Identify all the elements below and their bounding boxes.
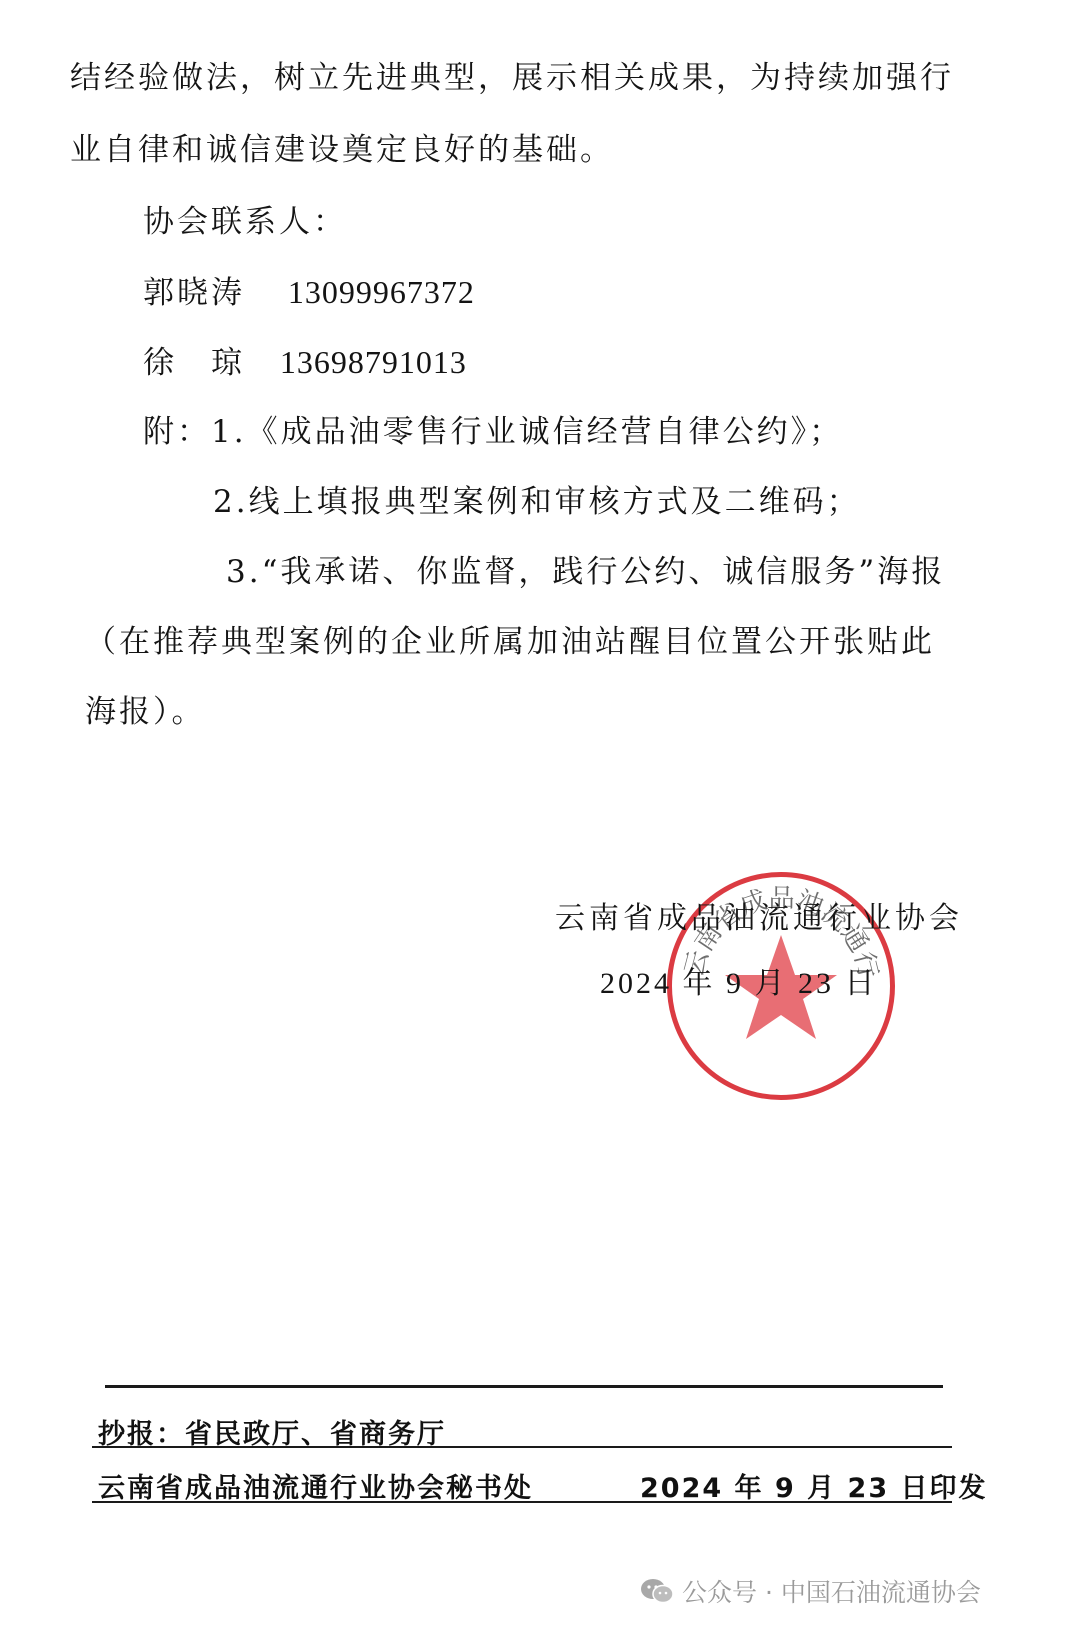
contact-phone: 13099967372 [288,274,475,310]
contacts-label: 协会联系人： [143,202,347,242]
attachment-3-note-end: 海报）。 [85,692,206,732]
attachment-3: 3.“我承诺、你监督，践行公约、诚信服务”海报 [226,552,945,592]
issuer: 云南省成品油流通行业协会秘书处 [98,1466,533,1505]
issue-date: 2024 年 9 月 23 日印发 [640,1466,988,1505]
issuer-rule [92,1501,952,1503]
contact-name: 徐 琼 [143,345,245,381]
contact-name: 郭晓涛 [143,275,245,311]
signature-organization: 云南省成品油流通行业协会 [555,893,963,937]
contact-row: 徐 琼 13698791013 [143,342,467,383]
footer-top-rule [105,1385,943,1388]
attachment-3-note: （在推荐典型案例的企业所属加油站醒目位置公开张贴此 [85,622,935,662]
attachment-1: 附：1.《成品油零售行业诚信经营自律公约》； [143,412,843,452]
paragraph-line-2: 业自律和诚信建设奠定良好的基础。 [70,130,614,170]
cc-rule [92,1446,952,1448]
contact-phone: 13698791013 [280,344,467,380]
paragraph-line-1: 结经验做法，树立先进典型，展示相关成果，为持续加强行 [70,58,954,98]
watermark: 公众号 · 中国石油流通协会 [640,1573,981,1609]
watermark-text: 公众号 · 中国石油流通协会 [682,1573,981,1609]
contact-row: 郭晓涛 13099967372 [143,272,475,313]
signature-date: 2024 年 9 月 23 日 [600,958,878,1002]
wechat-icon [640,1577,674,1605]
attachment-2: 2.线上填报典型案例和审核方式及二维码； [213,482,861,522]
